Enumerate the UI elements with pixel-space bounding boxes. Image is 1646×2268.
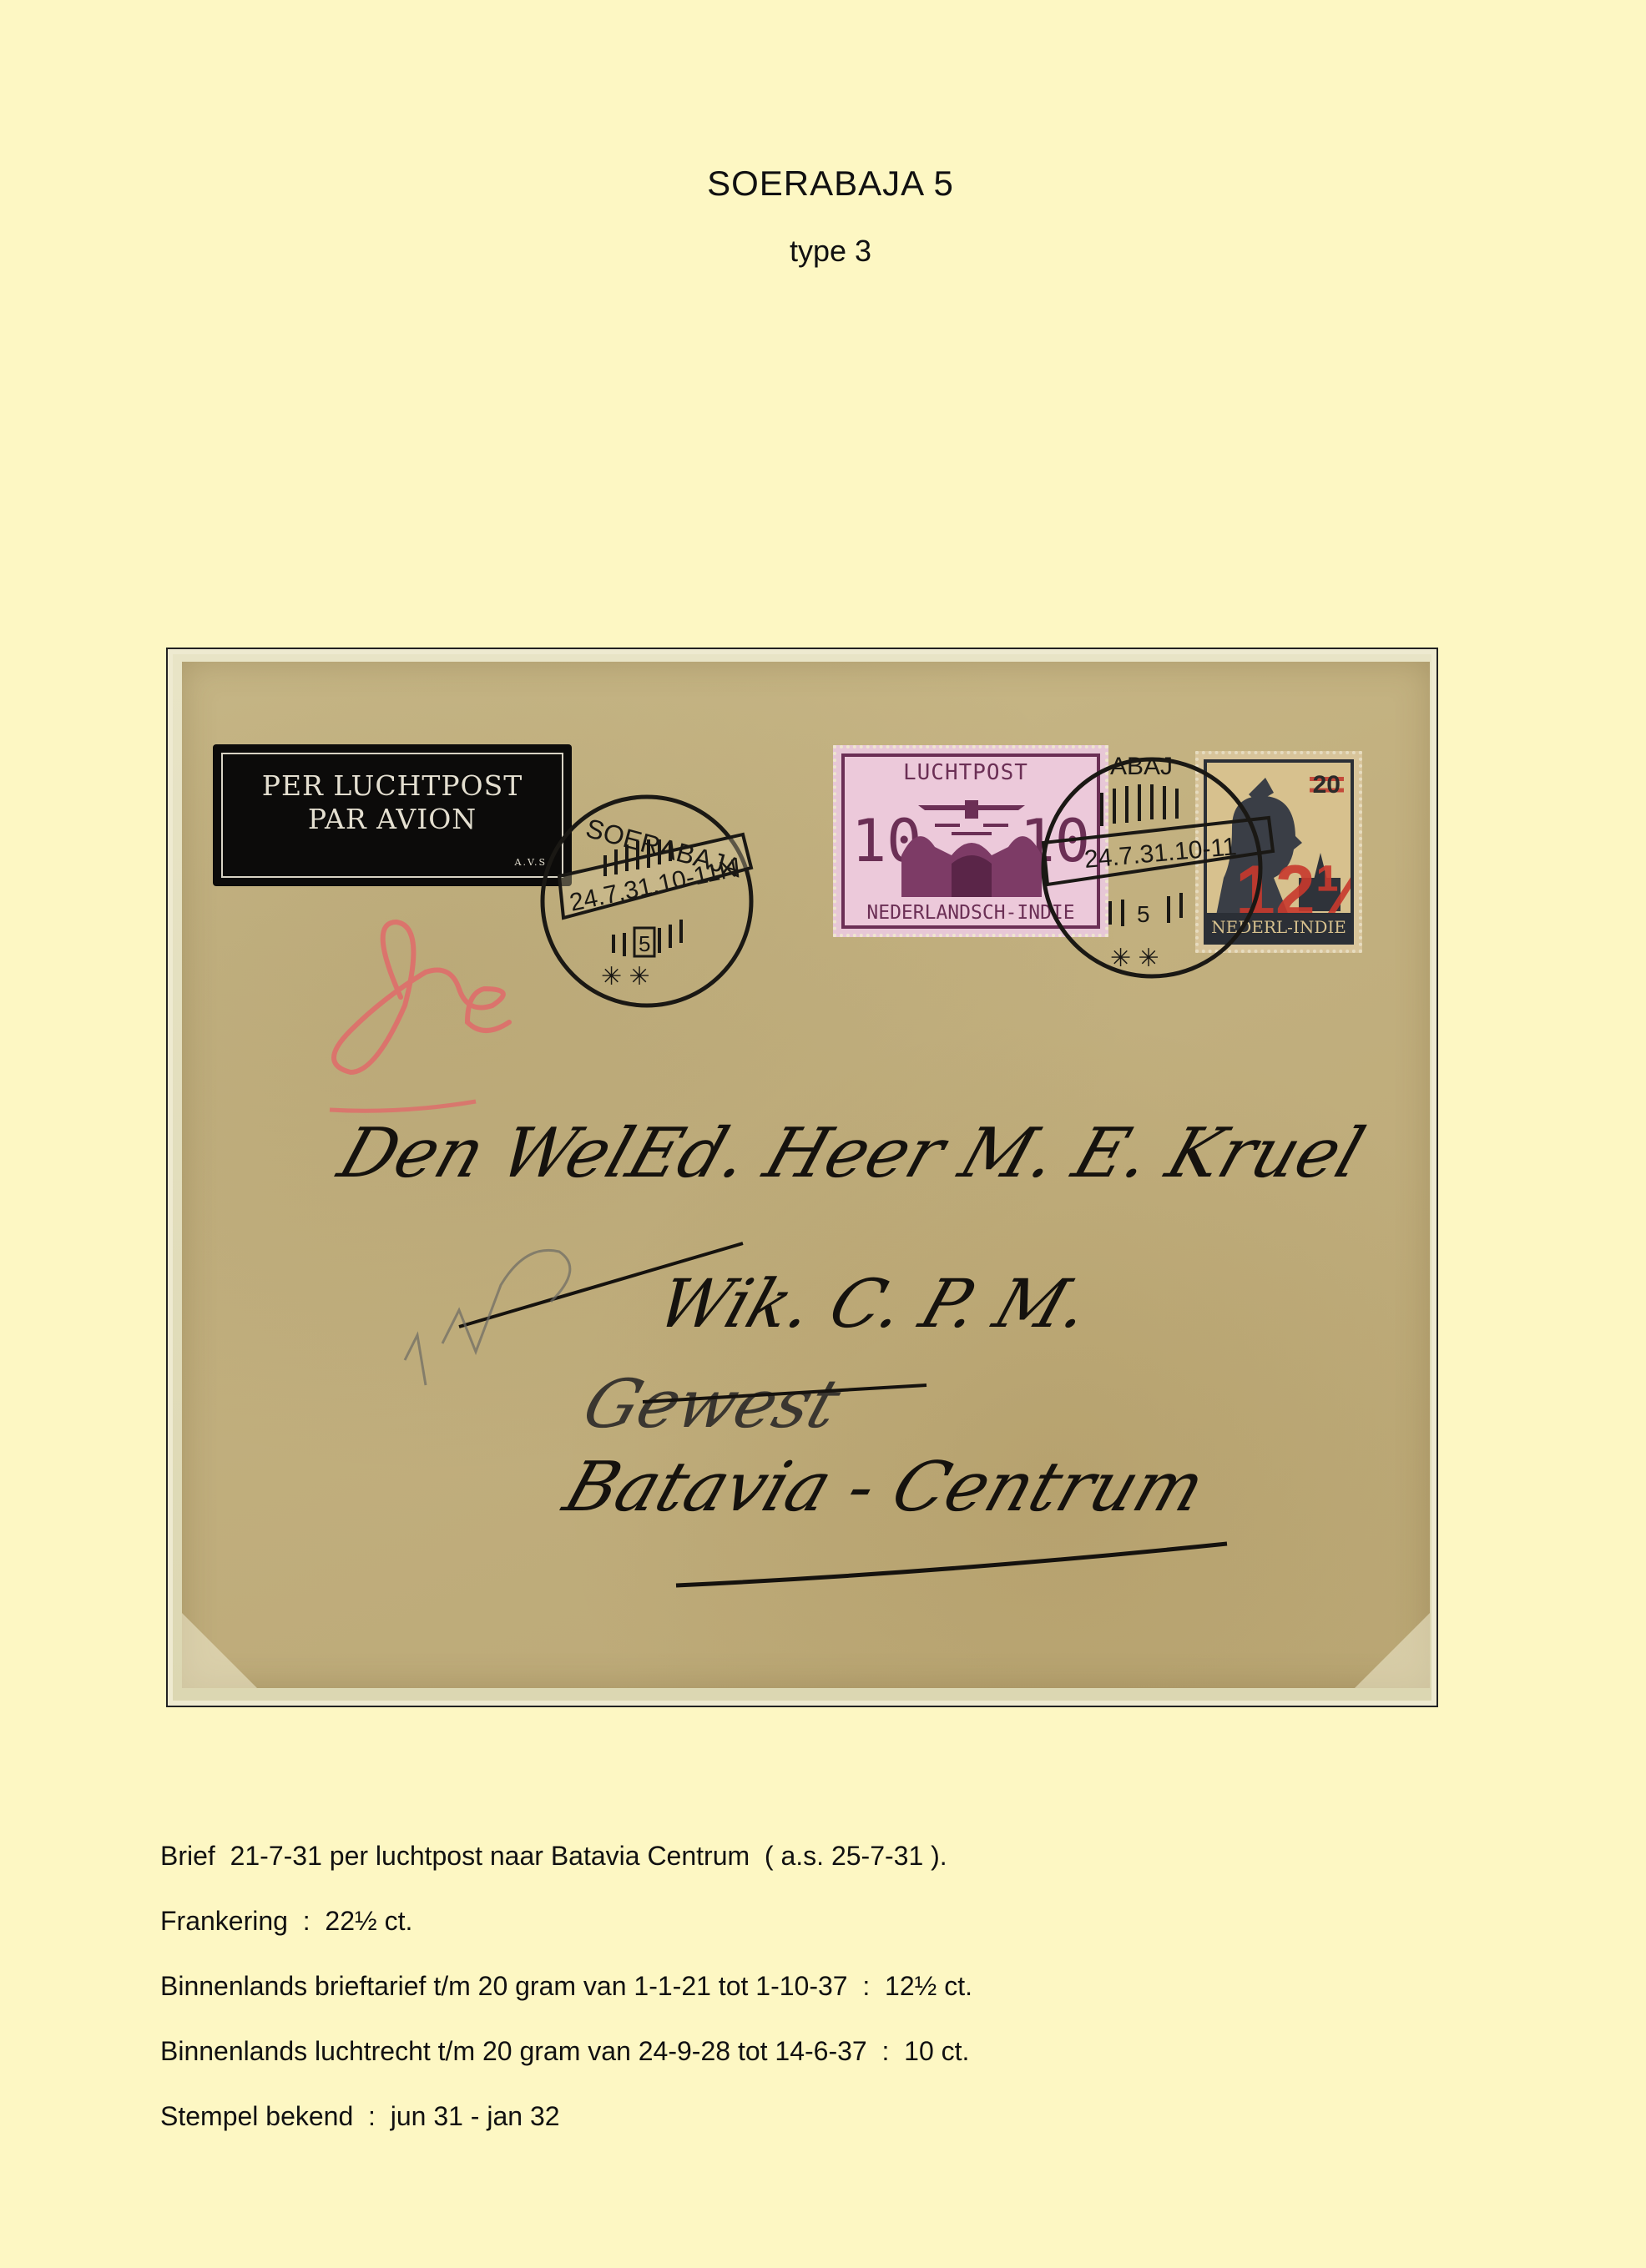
airmail-label: PER LUCHTPOST PAR AVION A.V.S: [213, 744, 572, 886]
postmark-office-number: 5: [639, 931, 650, 956]
description-line-cancel-known: Stempel bekend : jun 31 - jan 32: [160, 2101, 560, 2132]
description-line-letter-rate: Binnenlands brieftarief t/m 20 gram van …: [160, 1971, 972, 2002]
description-line-letter: Brief 21-7-31 per luchtpost naar Batavia…: [160, 1841, 947, 1872]
airplane-temple-vignette-icon: [901, 797, 1042, 897]
airmail-label-line1: PER LUCHTPOST: [223, 769, 562, 802]
postmark-right: 24.7.31.10-11 5 ABAJ ✳ ✳: [1027, 743, 1277, 985]
page-subtitle: type 3: [0, 234, 1646, 269]
description-line-franking: Frankering : 22½ ct.: [160, 1906, 412, 1937]
address-line-3: Gewest: [573, 1366, 850, 1444]
postmark-left: 5 24.7.31.10-11N SOERABAJA ✳ ✳: [526, 784, 768, 1018]
svg-text:✳ ✳: ✳ ✳: [1110, 945, 1159, 972]
svg-text:✳ ✳: ✳ ✳: [601, 963, 650, 990]
page-title: SOERABAJA 5: [0, 164, 1646, 204]
stamp-original-value: 20: [1310, 771, 1344, 799]
mount-corner: [182, 1613, 257, 1688]
airmail-label-line2: PAR AVION: [223, 803, 562, 835]
address-line-2: Wik. C. P. M.: [648, 1266, 1099, 1343]
address-line-1: Den WelEd. Heer M. E. Kruel: [328, 1113, 1374, 1193]
handwritten-address: Den WelEd. Heer M. E. Kruel Wik. C. P. M…: [309, 1051, 1352, 1594]
svg-text:5: 5: [1137, 901, 1150, 927]
mount-corner: [1355, 1613, 1430, 1688]
stamp-top-text: LUCHTPOST: [903, 760, 1028, 785]
description-line-airmail-fee: Binnenlands luchtrecht t/m 20 gram van 2…: [160, 2036, 969, 2067]
svg-text:ABAJ: ABAJ: [1110, 753, 1173, 780]
address-line-4: Batavia - Centrum: [553, 1447, 1214, 1527]
